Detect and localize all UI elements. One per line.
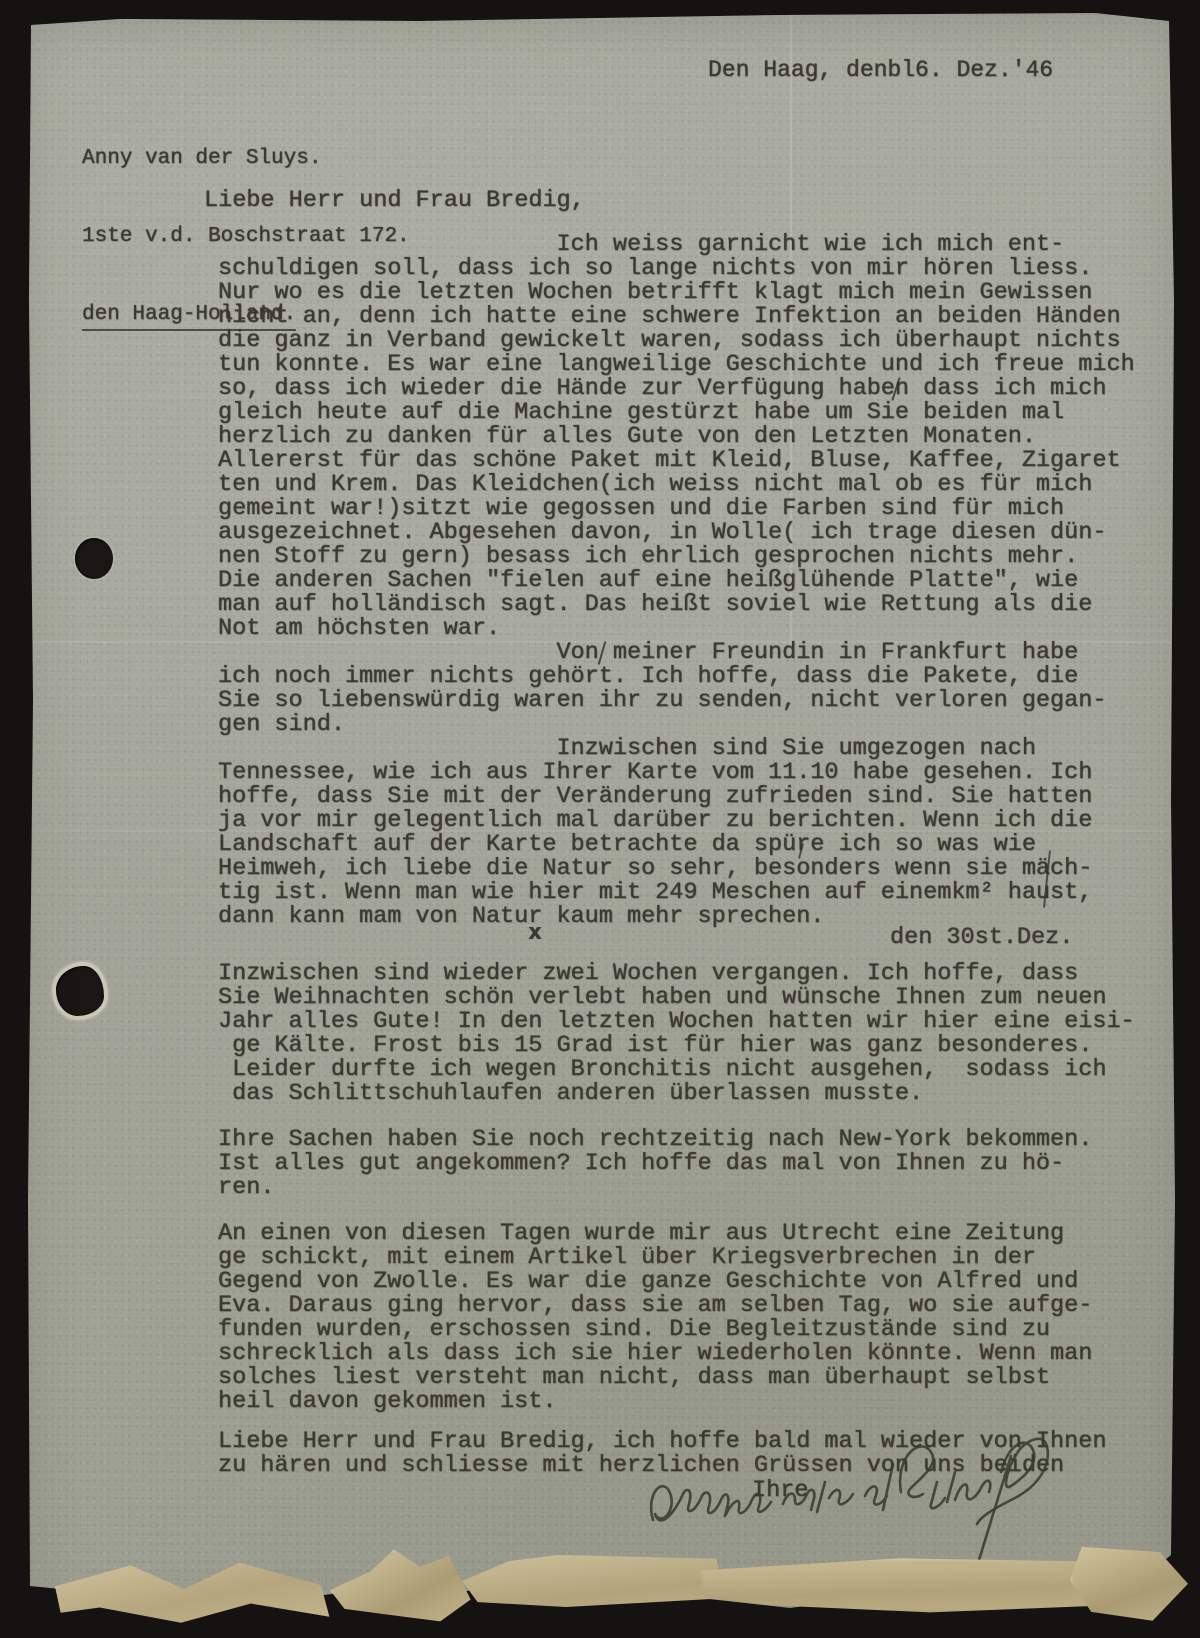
punch-hole-bottom <box>56 966 104 1016</box>
body-paragraph-fourth: An einen von diesen Tagen wurde mir aus … <box>218 1222 1092 1414</box>
signature-stroke-descender <box>979 1456 1011 1560</box>
letter-paper: Den Haag, denbl6. Dez.'46 Anny van der S… <box>0 0 1200 1638</box>
punch-hole-top <box>75 538 113 579</box>
signature-stroke-sluys <box>900 1439 1048 1524</box>
body-paragraph-second: Inzwischen sind wieder zwei Wochen verga… <box>218 962 1135 1106</box>
signature-stroke-der <box>865 1464 893 1510</box>
signature-handwriting: Anny van der Sluys <box>625 1412 1085 1567</box>
salutation: Liebe Herr und Frau Bredig, <box>204 188 585 214</box>
scan-background: { "letter": { "date_line": "Den Haag, de… <box>0 0 1200 1638</box>
signature-stroke-main <box>651 1486 771 1520</box>
typed-correction-mark: x <box>528 921 541 946</box>
sender-name: Anny van der Sluys. <box>82 146 410 172</box>
body-paragraph-third: Ihre Sachen haben Sie noch rechtzeitig n… <box>218 1128 1092 1200</box>
body-paragraphs-first: Ich weiss garnicht wie ich mich ent- sch… <box>218 233 1135 929</box>
date-line: Den Haag, denbl6. Dez.'46 <box>708 57 1053 83</box>
mid-letter-date: den 30st.Dez. <box>890 924 1073 951</box>
signature-stroke-van <box>783 1482 853 1512</box>
